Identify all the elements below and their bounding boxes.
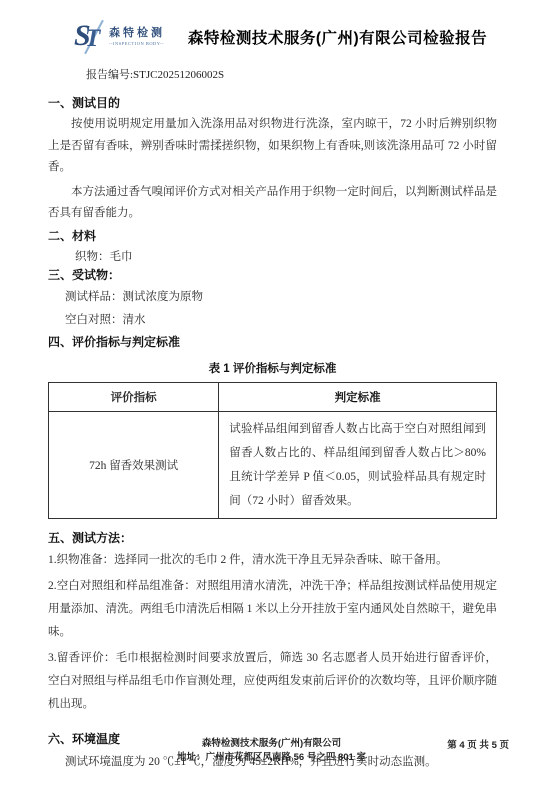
table-row: 72h 留香效果测试 试验样品组闻到留香人数占比高于空白对照组闻到留香人数占比的… xyxy=(49,411,497,518)
section-1-paragraph-1: 按使用说明规定用量加入洗涤用品对织物进行洗涤，室内晾干，72 小时后辨别织物上是… xyxy=(48,114,497,179)
table-cell-criteria: 试验样品组闻到留香人数占比高于空白对照组闻到留香人数占比的、样品组闻到留香人数占… xyxy=(219,411,497,518)
report-header: S T 森特检测 --INSPECTION BODY-- 森特检测技术服务(广州… xyxy=(48,14,497,60)
section-5-step-2: 2.空白对照组和样品组准备：对照组用清水清洗，冲洗干净；样品组按测试样品使用规定… xyxy=(48,575,497,644)
report-page: S T 森特检测 --INSPECTION BODY-- 森特检测技术服务(广州… xyxy=(0,0,543,786)
section-5-step-3: 3.留香评价：毛巾根据检测时间要求放置后，筛选 30 名志愿者人员开始进行留香评… xyxy=(48,647,497,716)
report-title: 森特检测技术服务(广州)有限公司检验报告 xyxy=(182,26,497,48)
section-5-step-1: 1.织物准备：选择同一批次的毛巾 2 件，清水洗干净且无异杂香味、晾干备用。 xyxy=(48,549,497,572)
footer-address: 地址：广州市花都区凤南路 56 号之四 801 室 xyxy=(0,751,543,765)
criteria-table: 评价指标 判定标准 72h 留香效果测试 试验样品组闻到留香人数占比高于空白对照… xyxy=(48,382,497,519)
page-number: 第 4 页 共 5 页 xyxy=(447,739,509,753)
table-cell-indicator: 72h 留香效果测试 xyxy=(49,411,219,518)
section-1-paragraph-2: 本方法通过香气嗅闻评价方式对相关产品作用于织物一定时间后，以判断测试样品是否具有… xyxy=(48,182,497,225)
logo-subtitle: --INSPECTION BODY-- xyxy=(109,41,164,46)
report-number: 报告编号:STJC20251206002S xyxy=(86,66,497,82)
table-caption: 表 1 评价指标与判定标准 xyxy=(48,360,497,376)
section-3-heading: 三、受试物： xyxy=(48,266,497,283)
company-logo: S T 森特检测 --INSPECTION BODY-- xyxy=(74,16,182,58)
table-header-row: 评价指标 判定标准 xyxy=(49,382,497,411)
table-header-indicator: 评价指标 xyxy=(49,382,219,411)
section-5-heading: 五、测试方法： xyxy=(48,529,497,546)
report-footer: 森特检测技术服务(广州)有限公司 地址：广州市花都区凤南路 56 号之四 801… xyxy=(0,737,543,764)
table-header-criteria: 判定标准 xyxy=(219,382,497,411)
section-3-item-sample: 测试样品：测试浓度为原物 xyxy=(65,288,497,304)
section-4-heading: 四、评价指标与判定标准 xyxy=(48,333,497,350)
logo-letter-t: T xyxy=(85,22,100,56)
logo-st-icon: S T xyxy=(74,16,106,58)
section-2-fabric: 织物：毛巾 xyxy=(75,248,497,264)
section-2-heading: 二、材料 xyxy=(48,227,497,244)
section-3-item-blank: 空白对照：清水 xyxy=(65,311,497,327)
section-1-heading: 一、测试目的 xyxy=(48,94,497,111)
